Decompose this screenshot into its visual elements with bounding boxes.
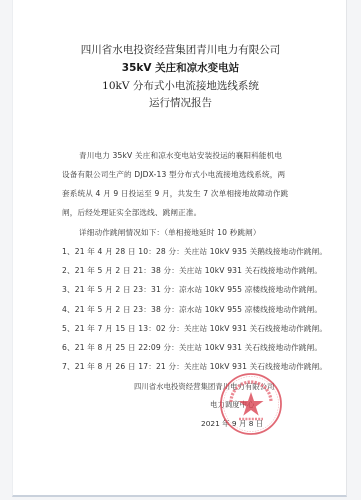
event-item: 1、21 年 4 月 28 日 10：28 分：关庄站 10kV 935 关鹅线… xyxy=(62,246,327,257)
company-title: 四川省水电投资经营集团青川电力有限公司 xyxy=(0,43,361,57)
event-item: 6、21 年 8 月 25 日 22:09 分：关庄站 10kV 931 关石线… xyxy=(62,342,322,353)
system-title: 10kV 分布式小电流接地选线系统 xyxy=(0,79,361,93)
intro-line: 设备有限公司生产的 DJDX-13 型分布式小电流接地选线系统，两 xyxy=(62,169,285,180)
intro-line: 套系统从 4 月 9 日投运至 9 月，共发生 7 次单相接地故障动作跳 xyxy=(62,188,288,199)
signature-date: 2021 年 9 月 8 日 xyxy=(201,418,263,429)
report-title: 运行情况报告 xyxy=(0,96,361,110)
details-heading: 详细动作跳闸情况如下：（单相接地延时 10 秒跳闸） xyxy=(79,227,261,238)
event-item: 4、21 年 5 月 2 日 23：38 分：凉水站 10kV 955 凉楼线接… xyxy=(62,304,322,315)
report-document: 四川省水电投资经营集团青川电力有限公司 35kV 关庄和凉水变电站 10kV 分… xyxy=(0,0,361,500)
event-item: 7、21 年 8 月 26 日 17：21 分：关庄站 10kV 931 关石线… xyxy=(62,361,327,372)
signature-department: 电力调度中心 xyxy=(210,399,254,410)
event-item: 5、21 年 7 月 15 日 13：02 分：关庄站 10kV 931 关石线… xyxy=(62,323,327,334)
event-item: 3、21 年 5 月 2 日 23：31 分：凉水站 10kV 955 凉楼线接… xyxy=(62,284,322,295)
signature-organization: 四川省水电投资经营集团青川电力有限公司 xyxy=(134,381,274,392)
intro-line: 青川电力 35kV 关庄和凉水变电站安装投运的襄阳科能机电 xyxy=(79,150,282,161)
event-item: 2、21 年 5 月 2 日 21：38 分：关庄站 10kV 931 关石线接… xyxy=(62,265,322,276)
intro-line: 闸，后经处理证实全部选线、跳闸正准。 xyxy=(62,207,201,218)
substation-title: 35kV 关庄和凉水变电站 xyxy=(0,61,361,75)
